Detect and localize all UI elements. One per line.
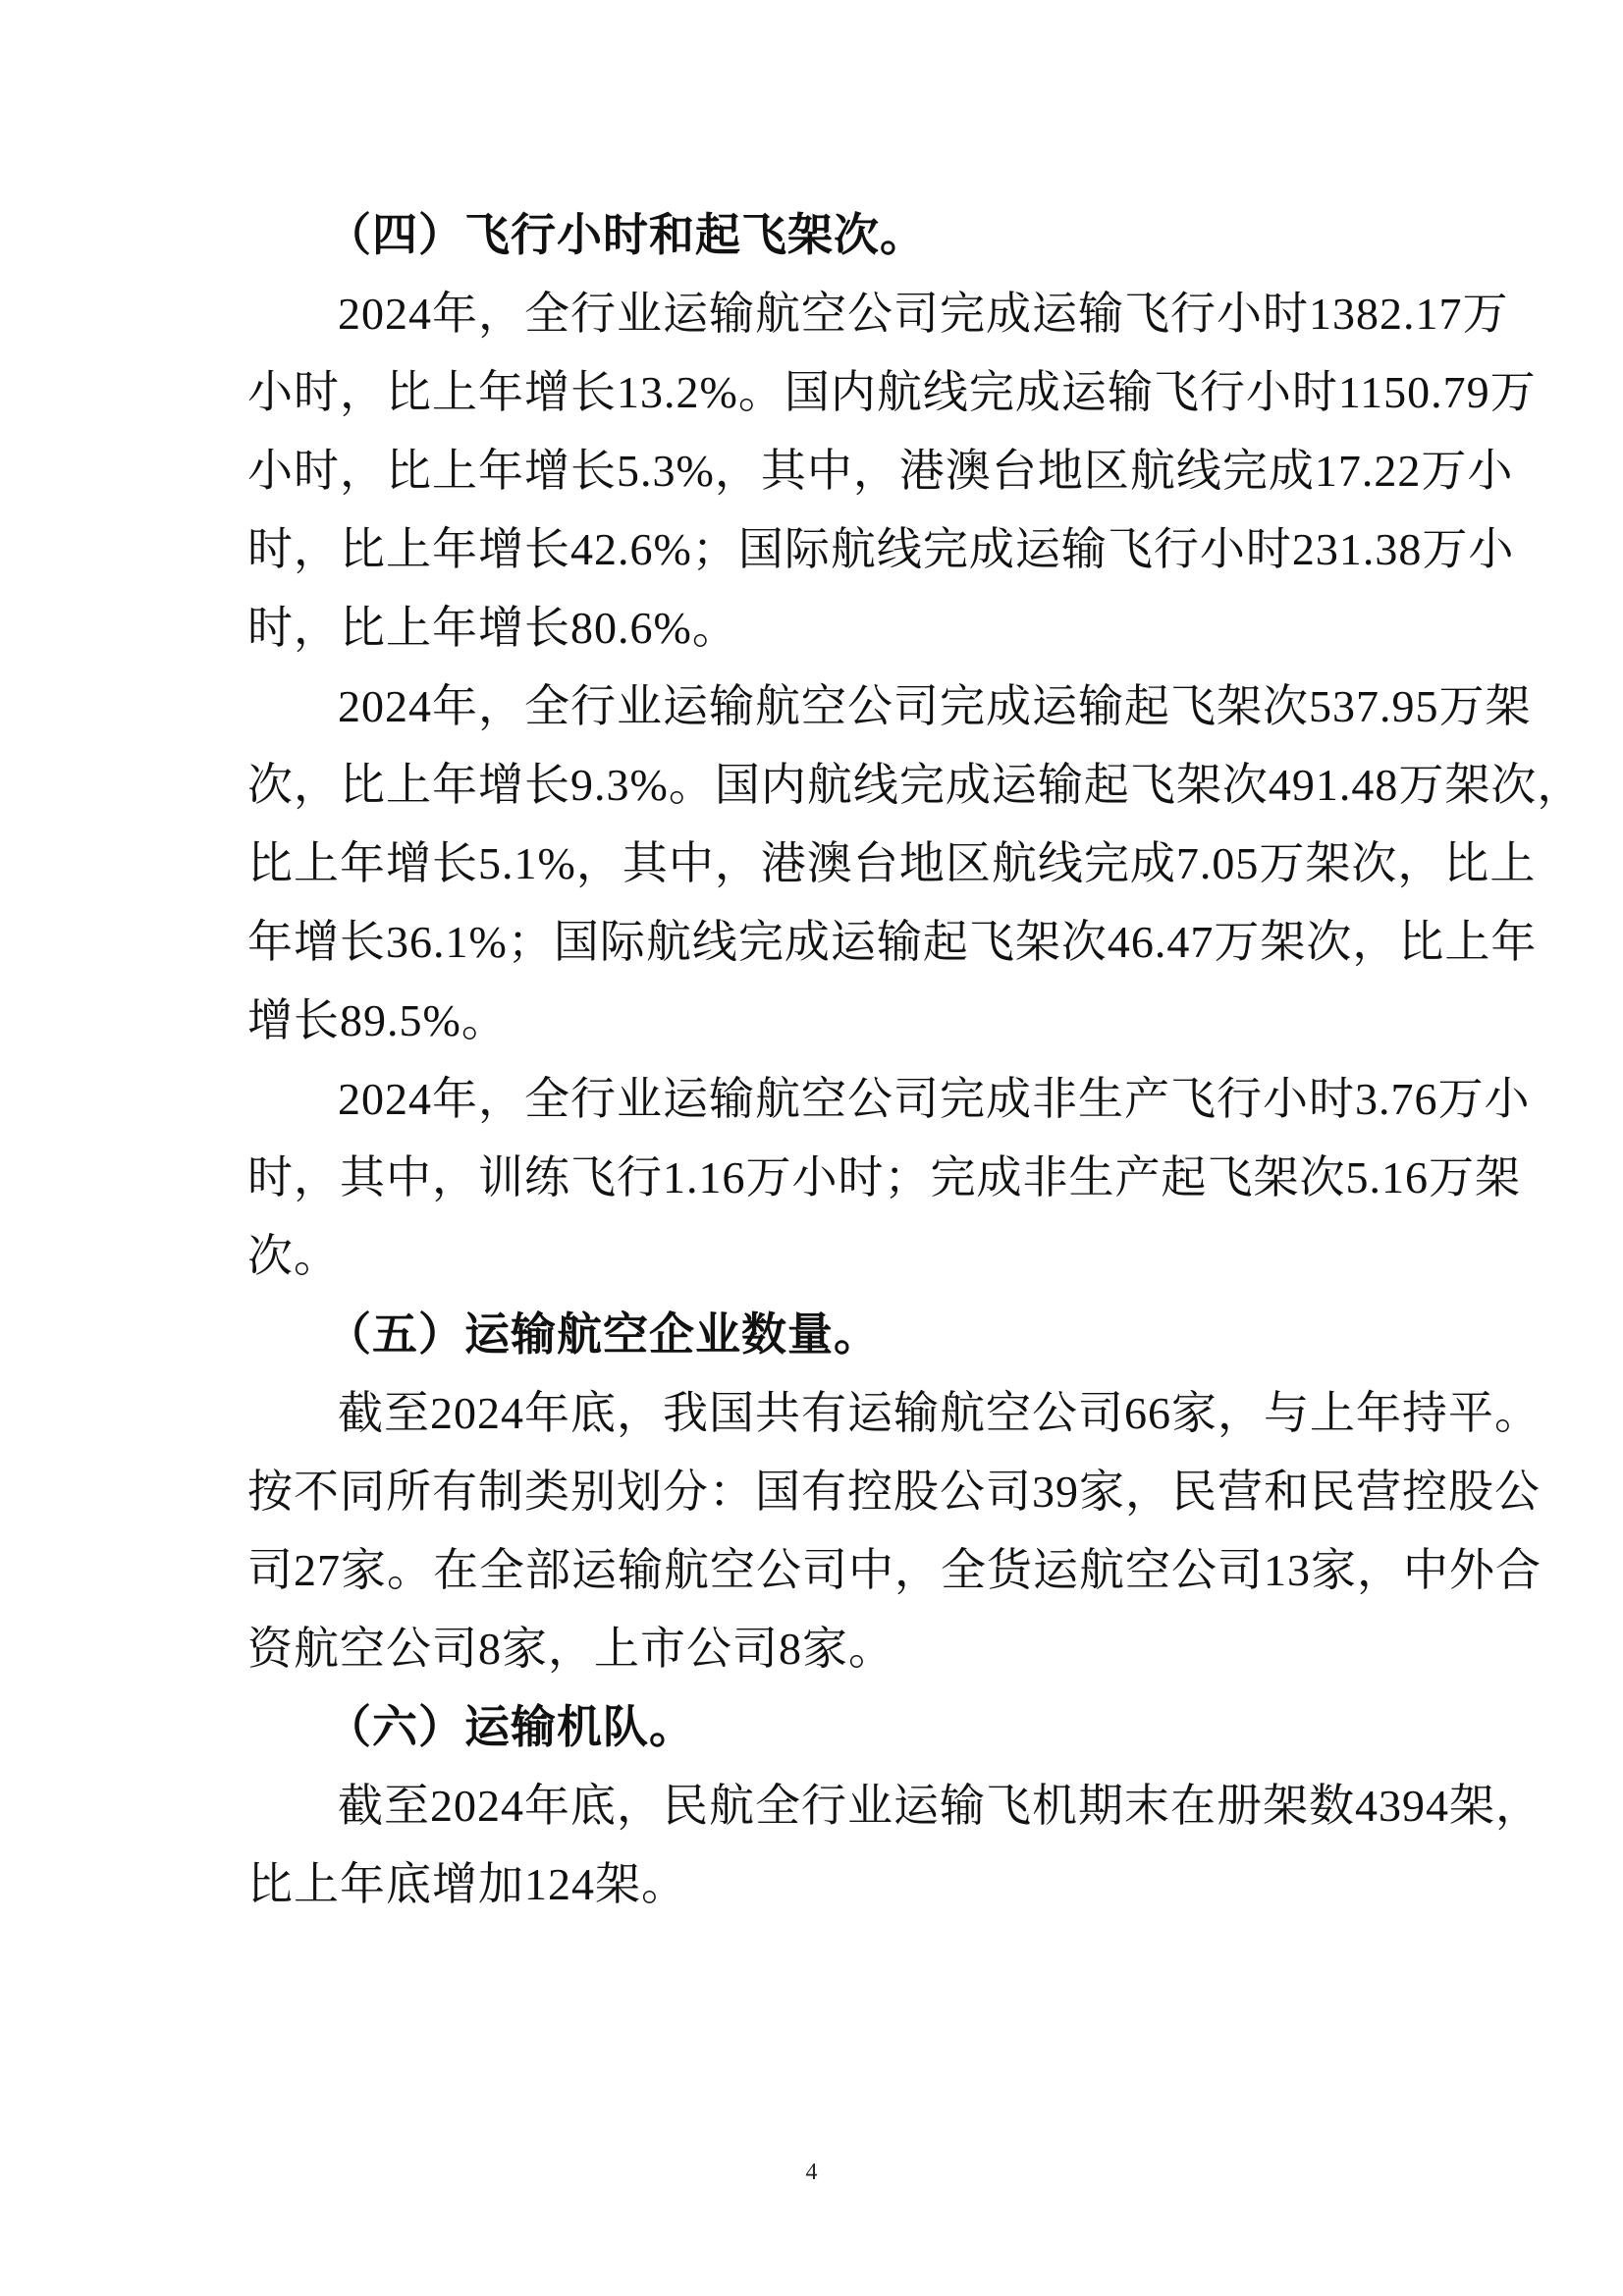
text-line: 时，比上年增长42.6%；国际航线完成运输飞行小时231.38万小 (247, 510, 1386, 589)
text-line: 小时，比上年增长5.3%，其中，港澳台地区航线完成17.22万小 (247, 432, 1386, 510)
text-line: 截至2024年底，我国共有运输航空公司66家，与上年持平。 (247, 1374, 1386, 1453)
section-airline-count: （五）运输航空企业数量。 截至2024年底，我国共有运输航空公司66家，与上年持… (247, 1296, 1386, 1688)
text-line: 次，比上年增长9.3%。国内航线完成运输起飞架次491.48万架次， (247, 746, 1386, 825)
text-line: 2024年，全行业运输航空公司完成非生产飞行小时3.76万小 (247, 1060, 1386, 1139)
text-line: 比上年增长5.1%，其中，港澳台地区航线完成7.05万架次，比上 (247, 825, 1386, 903)
text-line: 时，其中，训练飞行1.16万小时；完成非生产起飞架次5.16万架 (247, 1139, 1386, 1217)
paragraph-fleet-size: 截至2024年底，民航全行业运输飞机期末在册架数4394架， 比上年底增加124… (247, 1767, 1386, 1924)
paragraph-non-production-flights: 2024年，全行业运输航空公司完成非生产飞行小时3.76万小 时，其中，训练飞行… (247, 1060, 1386, 1296)
text-line: 增长89.5%。 (247, 982, 1386, 1060)
text-line: 次。 (247, 1217, 1386, 1296)
section-heading: （六）运输机队。 (247, 1688, 1386, 1767)
paragraph-transport-flight-hours: 2024年，全行业运输航空公司完成运输飞行小时1382.17万 小时，比上年增长… (247, 275, 1386, 667)
text-line: 年增长36.1%；国际航线完成运输起飞架次46.47万架次，比上年 (247, 903, 1386, 982)
text-line: 截至2024年底，民航全行业运输飞机期末在册架数4394架， (247, 1767, 1386, 1845)
paragraph-transport-departures: 2024年，全行业运输航空公司完成运输起飞架次537.95万架 次，比上年增长9… (247, 667, 1386, 1060)
text-line: 资航空公司8家，上市公司8家。 (247, 1610, 1386, 1688)
text-line: 按不同所有制类别划分：国有控股公司39家，民营和民营控股公 (247, 1453, 1386, 1531)
page-number: 4 (0, 2160, 1623, 2186)
section-heading: （五）运输航空企业数量。 (247, 1296, 1386, 1374)
text-line: 2024年，全行业运输航空公司完成运输飞行小时1382.17万 (247, 275, 1386, 353)
text-line: 小时，比上年增长13.2%。国内航线完成运输飞行小时1150.79万 (247, 353, 1386, 432)
document-page: （四）飞行小时和起飞架次。 2024年，全行业运输航空公司完成运输飞行小时138… (247, 196, 1386, 1924)
section-fleet: （六）运输机队。 截至2024年底，民航全行业运输飞机期末在册架数4394架， … (247, 1688, 1386, 1924)
text-line: 时，比上年增长80.6%。 (247, 589, 1386, 667)
text-line: 司27家。在全部运输航空公司中，全货运航空公司13家，中外合 (247, 1531, 1386, 1610)
section-heading: （四）飞行小时和起飞架次。 (247, 196, 1386, 275)
section-flight-hours-and-departures: （四）飞行小时和起飞架次。 2024年，全行业运输航空公司完成运输飞行小时138… (247, 196, 1386, 1296)
paragraph-airline-count: 截至2024年底，我国共有运输航空公司66家，与上年持平。 按不同所有制类别划分… (247, 1374, 1386, 1688)
text-line: 2024年，全行业运输航空公司完成运输起飞架次537.95万架 (247, 667, 1386, 746)
text-line: 比上年底增加124架。 (247, 1845, 1386, 1924)
